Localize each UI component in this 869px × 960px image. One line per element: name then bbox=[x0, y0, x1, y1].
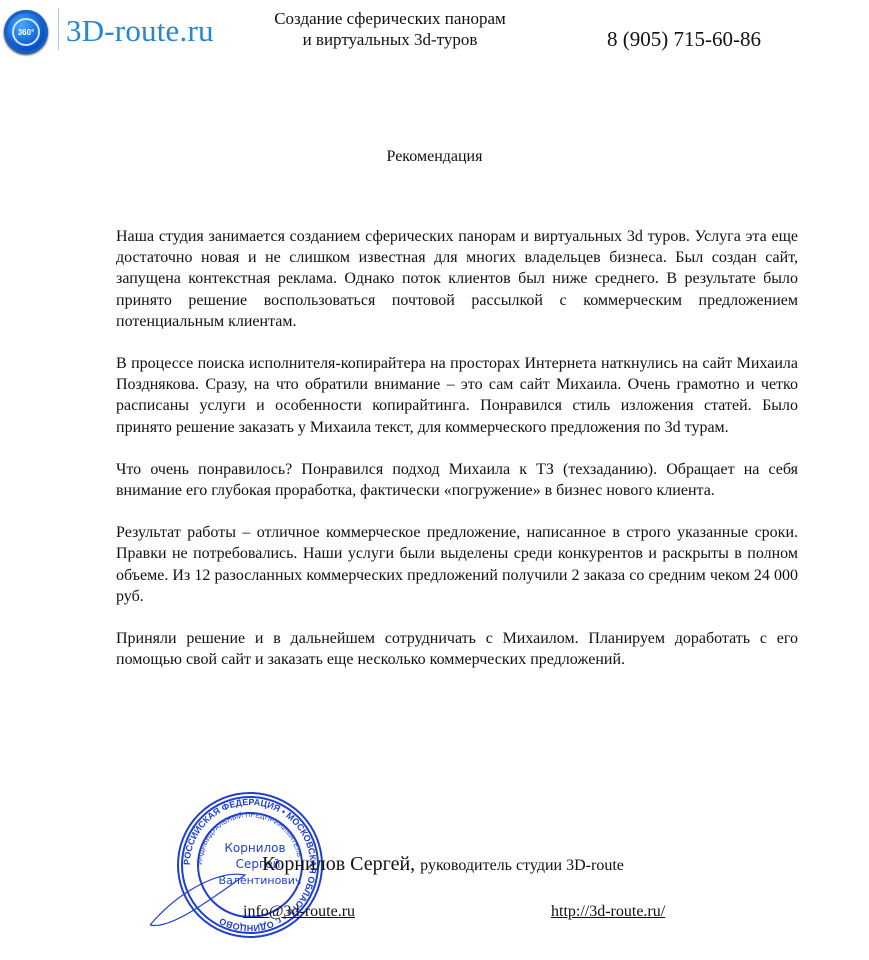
signer-name: Корнилов Сергей, bbox=[262, 853, 415, 875]
paragraph: Приняли решение и в дальнейшем сотруднич… bbox=[116, 628, 798, 670]
tagline: Создание сферических панорам и виртуальн… bbox=[270, 8, 510, 50]
signer-role: руководитель студии 3D-route bbox=[420, 857, 624, 874]
website-link[interactable]: http://3d-route.ru/ bbox=[551, 903, 665, 921]
tagline-line-1: Создание сферических панорам bbox=[270, 8, 510, 29]
paragraph: Что очень понравилось? Понравился подход… bbox=[116, 459, 798, 501]
email-link[interactable]: info@3d-route.ru bbox=[243, 903, 355, 921]
logo-badge-text: 360° bbox=[18, 28, 35, 37]
signature-line: Корнилов Сергей, руководитель студии 3D-… bbox=[262, 853, 624, 876]
phone-number: 8 (905) 715-60-86 bbox=[607, 27, 761, 52]
document-title: Рекомендация bbox=[0, 148, 869, 166]
tagline-line-2: и виртуальных 3d-туров bbox=[270, 29, 510, 50]
brand-name: 3D-route.ru bbox=[66, 13, 214, 49]
paragraph: В процессе поиска исполнителя-копирайтер… bbox=[116, 353, 798, 438]
document-body: Наша студия занимается созданием сфериче… bbox=[116, 226, 798, 691]
logo-360-icon: 360° bbox=[4, 10, 48, 54]
logo-divider bbox=[58, 8, 59, 50]
paragraph: Наша студия занимается созданием сфериче… bbox=[116, 226, 798, 332]
paragraph: Результат работы – отличное коммерческое… bbox=[116, 522, 798, 607]
